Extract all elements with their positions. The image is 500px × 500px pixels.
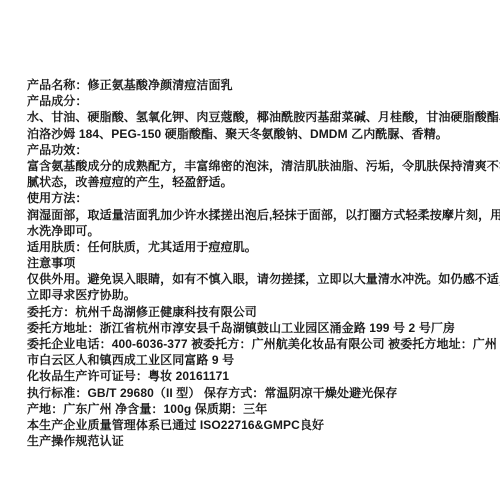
product-info-document: 产品名称：修正氨基酸净颜清痘洁面乳 产品成分： 水、甘油、硬脂酸、氢氧化钾、肉豆… (27, 77, 487, 449)
line-usage-2: 水洗净即可。 (27, 223, 487, 239)
heading-efficacy: 产品功效： (27, 142, 487, 158)
line-quality-cert-2: 生产操作规范认证 (27, 433, 487, 449)
line-precautions-2: 立即寻求医疗协助。 (27, 287, 487, 303)
heading-ingredients: 产品成分： (27, 93, 487, 109)
line-entrusting-address: 委托方地址：浙江省杭州市淳安县千岛湖镇鼓山工业园区涌金路 199 号 2 号厂房 (27, 320, 487, 336)
line-skin-type: 适用肤质：任何肤质，尤其适用于痘痘肌。 (27, 239, 487, 255)
line-ingredients-1: 水、甘油、硬脂酸、氢氧化钾、肉豆蔻酸，椰油酰胺丙基甜菜碱、月桂酸，甘油硬脂酸酯、 (27, 109, 487, 125)
line-usage-1: 润湿面部，取适量洁面乳加少许水揉搓出泡后,轻抹于面部，以打圈方式轻柔按摩片刻，用… (27, 207, 487, 223)
line-origin-content-shelf: 产地：广东广州 净含量：100g 保质期：三年 (27, 401, 487, 417)
line-phone-entrusted: 委托企业电话：400-6036-377 被委托方：广州航美化妆品有限公司 被委托… (27, 336, 487, 352)
line-entrusted-address-2: 市白云区人和镇西成工业区同富路 9 号 (27, 352, 487, 368)
heading-usage: 使用方法： (27, 190, 487, 206)
line-quality-cert-1: 本生产企业质量管理体系已通过 ISO22716&GMPC良好 (27, 417, 487, 433)
line-product-name: 产品名称：修正氨基酸净颜清痘洁面乳 (27, 77, 487, 93)
line-standard-storage: 执行标准：GB/T 29680（II 型） 保存方式：常温阴凉干燥处避光保存 (27, 385, 487, 401)
line-precautions-1: 仅供外用。避免误入眼睛，如有不慎入眼，请勿搓揉，立即以大量清水冲洗。如仍感不适， (27, 271, 487, 287)
line-ingredients-2: 泊洛沙姆 184、PEG-150 硬脂酸酯、聚天冬氨酸钠、DMDM 乙内酰脲、香… (27, 126, 487, 142)
heading-precautions: 注意事项 (27, 255, 487, 271)
line-entrusting-party: 委托方：杭州千岛湖修正健康科技有限公司 (27, 304, 487, 320)
line-efficacy-2: 腻状态，改善痘痘的产生，轻盈舒适。 (27, 174, 487, 190)
line-efficacy-1: 富含氨基酸成分的成熟配方，丰富绵密的泡沫，清洁肌肤油脂、污垢，令肌肤保持清爽不油 (27, 158, 487, 174)
line-production-license: 化妆品生产许可证号：粤妆 20161171 (27, 368, 487, 384)
